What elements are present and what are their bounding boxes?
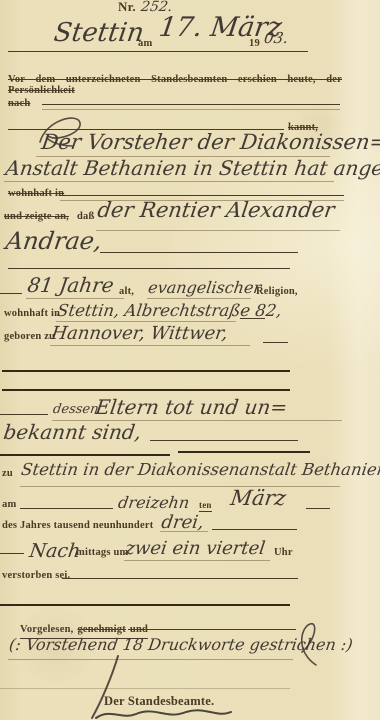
- death-place-zu-label: zu: [2, 468, 13, 479]
- parents-hand-line2: bekannt sind,: [2, 420, 143, 444]
- death-register-document: Nr. 252. Stettin am 17. März 19 03. Vor …: [0, 0, 380, 720]
- ruled-line: [96, 230, 340, 231]
- verstorben-label: verstorben sei.: [2, 570, 70, 581]
- death-place-value: Stettin in der Diakonissenanstalt Bethan…: [20, 460, 380, 479]
- uhr-label: Uhr: [274, 547, 293, 558]
- ruled-line: [0, 414, 48, 415]
- ruled-line: [62, 578, 298, 579]
- ruled-line: [147, 298, 251, 299]
- alt-label: alt,: [119, 286, 134, 297]
- death-date-am-label: am: [2, 499, 16, 510]
- ruled-line: [0, 604, 290, 606]
- age-value: 81 Jahre: [26, 273, 115, 297]
- genehmigt-struck-label: genehmigt: [77, 624, 125, 635]
- parents-hand-small: dessen: [52, 402, 100, 417]
- ordinal-ten-label: ten: [199, 500, 212, 512]
- dateline-am-label: am: [138, 38, 152, 49]
- ink-flourish: [286, 622, 326, 667]
- ruled-line: [42, 109, 340, 110]
- ruled-line: [50, 345, 250, 346]
- dateline-year-printed: 19: [249, 38, 260, 49]
- time-value: zwei ein viertel: [124, 538, 267, 559]
- ruled-line: [100, 252, 298, 253]
- ruled-line: [8, 51, 308, 52]
- religion-value: evangelischer: [147, 278, 263, 297]
- strike-rule: [60, 195, 344, 196]
- time-prefix-value: Nach: [28, 540, 82, 562]
- ruled-line: [20, 508, 113, 509]
- dateline-place: Stettin: [52, 18, 146, 48]
- death-year-label: des Jahres tausend neunhundert: [2, 520, 153, 531]
- mittags-label: mittags um: [76, 547, 128, 558]
- deceased-name-line2: Andrae,: [4, 227, 104, 255]
- ruled-line: [263, 342, 288, 343]
- ruled-line: [0, 553, 24, 554]
- ruled-line: [8, 659, 293, 660]
- signature-fragment: [96, 706, 236, 720]
- ruled-line: [160, 531, 208, 532]
- ruled-line: [8, 268, 290, 269]
- ruled-line: [306, 508, 330, 509]
- religion-label: Religion,: [256, 286, 298, 297]
- ruled-line: [20, 486, 340, 487]
- strike-rule: [42, 104, 340, 105]
- ruled-line: [212, 529, 297, 530]
- ruled-line: [0, 688, 290, 689]
- ruled-line: [26, 298, 124, 299]
- death-day-value: dreizehn: [117, 493, 191, 512]
- ruled-line: [0, 454, 170, 456]
- ruled-line: [0, 293, 22, 294]
- intro-struck-nach: nach: [8, 98, 30, 109]
- registry-number-label: Nr.: [118, 0, 136, 14]
- informant-hand-line2: Anstalt Bethanien in Stettin hat angezei…: [4, 156, 380, 180]
- ruled-line: [124, 560, 270, 561]
- ruled-line: [150, 440, 298, 441]
- death-month-value: März: [229, 486, 287, 510]
- parents-hand-line1: Eltern tot und un=: [94, 395, 289, 419]
- ruled-line: [2, 370, 290, 372]
- ruled-line: [240, 318, 265, 319]
- ruled-line: [128, 629, 296, 630]
- struck-wohnhaft-label: wohnhaft in: [8, 188, 64, 199]
- informant-hand-line1: Der Vorsteher der Diakonissen=: [40, 130, 380, 154]
- struck-und-zeigte-label: und zeigte an,: [4, 211, 69, 222]
- ruled-line: [2, 389, 290, 391]
- ruled-line: [178, 451, 310, 453]
- vorgelesen-label: Vorgelesen,: [20, 624, 73, 635]
- ruled-line: [4, 181, 334, 182]
- dateline-year-hand: 03.: [263, 29, 289, 47]
- deceased-name-line1: der Rentier Alexander: [96, 198, 336, 222]
- dass-label: daß: [77, 211, 95, 222]
- intro-struck-text: Vor dem unterzeichneten Standesbeamten e…: [8, 74, 342, 96]
- residence-label: wohnhaft in: [4, 308, 60, 319]
- death-year-value: drei,: [160, 512, 205, 533]
- ruled-line: [56, 321, 236, 322]
- birthplace-value: Hannover, Wittwer,: [50, 323, 229, 344]
- birthplace-label: geboren zu: [4, 331, 55, 342]
